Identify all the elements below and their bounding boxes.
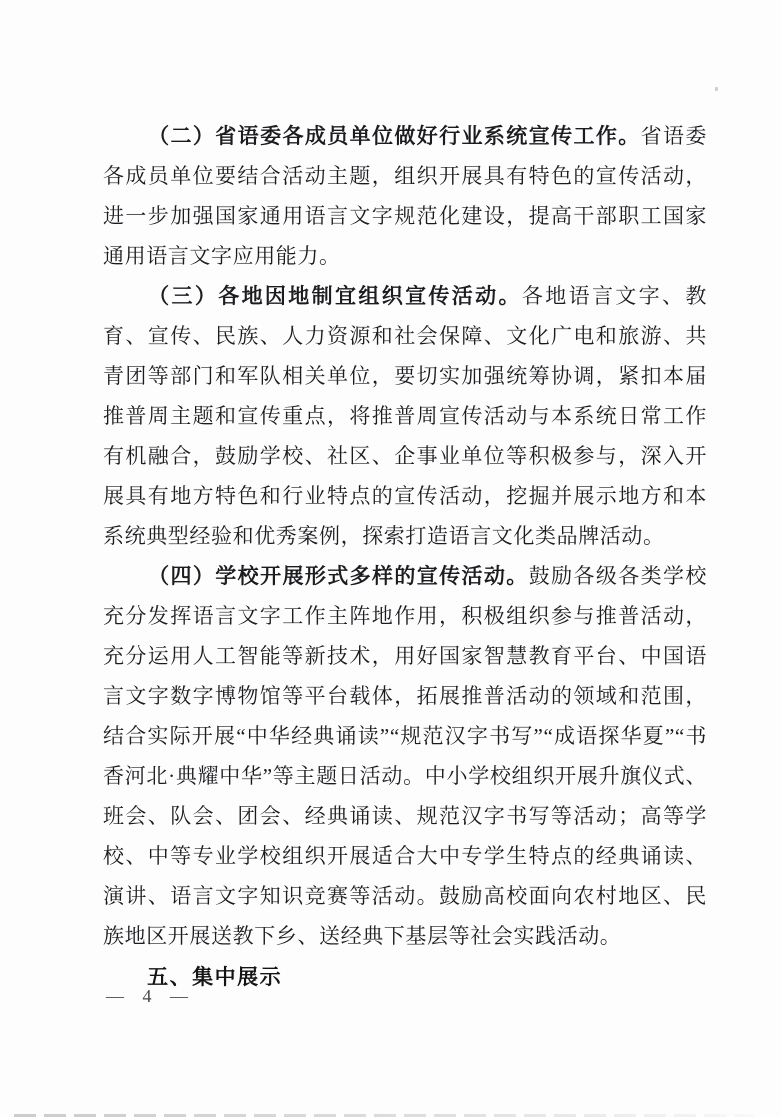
document-body: （二）省语委各成员单位做好行业系统宣传工作。省语委各成员单位要结合活动主题，组织…: [103, 116, 707, 998]
section-heading: 五、集中展示: [103, 958, 707, 998]
scan-artifact-speck: [715, 87, 718, 91]
paragraph-text: 鼓励各级各类学校充分发挥语言文字工作主阵地作用，积极组织参与推普活动，充分运用人…: [103, 564, 707, 948]
body-paragraph: （三）各地因地制宜组织宣传活动。各地语言文字、教育、宣传、民族、人力资源和社会保…: [103, 276, 707, 556]
body-paragraph: （四）学校开展形式多样的宣传活动。鼓励各级各类学校充分发挥语言文字工作主阵地作用…: [103, 556, 707, 956]
page-number: — 4 —: [106, 985, 190, 1007]
body-paragraph: （二）省语委各成员单位做好行业系统宣传工作。省语委各成员单位要结合活动主题，组织…: [103, 116, 707, 276]
paragraph-text: 各地语言文字、教育、宣传、民族、人力资源和社会保障、文化广电和旅游、共青团等部门…: [103, 284, 707, 548]
paragraph-lead: （二）省语委各成员单位做好行业系统宣传工作。: [148, 124, 640, 148]
paragraph-lead: （三）各地因地制宜组织宣传活动。: [148, 284, 522, 308]
document-page: （二）省语委各成员单位做好行业系统宣传工作。省语委各成员单位要结合活动主题，组织…: [0, 0, 781, 1117]
paragraph-lead: （四）学校开展形式多样的宣传活动。: [148, 564, 529, 588]
